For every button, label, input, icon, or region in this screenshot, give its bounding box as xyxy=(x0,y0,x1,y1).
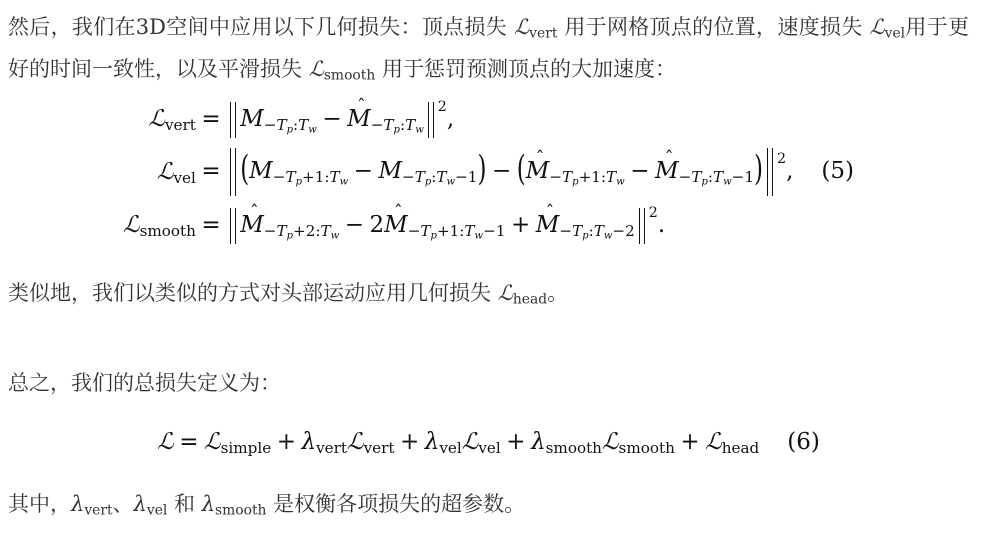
equation-vel-rhs: =(M−Tp+1:Tw−M−Tp:Tw−1)−(ˆM−Tp+1:Tw−ˆM−Tp… xyxy=(196,148,854,196)
equation-vel-body: =(M−Tp+1:Tw−M−Tp:Tw−1)−(ˆM−Tp+1:Tw−ˆM−Tp… xyxy=(196,158,794,184)
equation-vel-lhs: ℒvel xyxy=(157,158,196,187)
paragraph-hyperparameters: 其中，λvert、λvel 和 λsmooth 是权衡各项损失的超参数。 xyxy=(8,483,969,525)
equation-6-body: ℒ=ℒsimple+λvertℒvert+λvelℒvel+λsmoothℒsm… xyxy=(157,429,759,455)
equation-smooth-lhs: ℒsmooth xyxy=(123,211,196,240)
equation-vert-rhs: =M−Tp:Tw−ˆM−Tp:Tw2, xyxy=(196,100,454,138)
paragraph-head-loss: 类似地，我们以类似的方式对头部运动应用几何损失 ℒhead。 xyxy=(8,272,969,314)
equation-smooth-rhs: =ˆM−Tp+2:Tw−2ˆM−Tp+1:Tw−1+ˆM−Tp:Tw−22. xyxy=(196,206,665,244)
equation-group-5: ℒvert =M−Tp:Tw−ˆM−Tp:Tw2, ℒvel =(M−Tp+1:… xyxy=(8,100,969,244)
equation-6: ℒ=ℒsimple+λvertℒvert+λvelℒvel+λsmoothℒsm… xyxy=(8,424,969,461)
document-page: 然后，我们在3D空间中应用以下几何损失：顶点损失 ℒvert 用于网格顶点的位置… xyxy=(0,0,983,525)
paragraph-geometric-losses: 然后，我们在3D空间中应用以下几何损失：顶点损失 ℒvert 用于网格顶点的位置… xyxy=(8,6,969,90)
equation-number-5: (5) xyxy=(821,158,854,184)
paragraph-total-loss-intro: 总之，我们的总损失定义为： xyxy=(8,362,969,404)
equation-number-6: (6) xyxy=(787,429,820,455)
equation-vert-lhs: ℒvert xyxy=(148,105,195,134)
